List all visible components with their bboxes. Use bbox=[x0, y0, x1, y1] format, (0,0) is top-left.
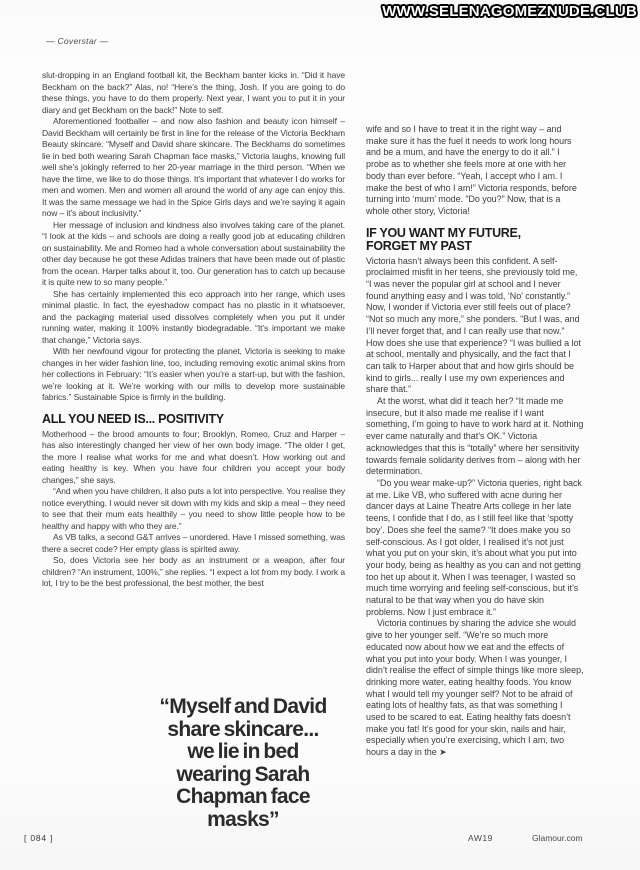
right-column: wife and so I have to treat it in the ri… bbox=[366, 124, 584, 759]
pull-quote: “Myself and David share skincare... we l… bbox=[128, 696, 358, 831]
section-heading-line: FORGET MY PAST bbox=[366, 240, 584, 253]
section-heading-positivity: ALL YOU NEED IS... POSITIVITY bbox=[42, 413, 345, 426]
body-paragraph: Her message of inclusion and kindness al… bbox=[42, 220, 345, 289]
body-paragraph: Aforementioned footballer – and now also… bbox=[42, 116, 345, 220]
body-paragraph: slut-dropping in an England football kit… bbox=[42, 70, 345, 116]
body-paragraph: She has certainly implemented this eco a… bbox=[42, 289, 345, 347]
section-heading-future: IF YOU WANT MY FUTURE, FORGET MY PAST bbox=[366, 227, 584, 253]
pull-quote-line: masks” bbox=[128, 809, 358, 832]
left-column: slut-dropping in an England football kit… bbox=[42, 70, 345, 590]
body-paragraph: At the worst, what did it teach her? “It… bbox=[366, 396, 584, 478]
pull-quote-line: wearing Sarah bbox=[128, 764, 358, 787]
body-paragraph: “Do you wear make-up?” Victoria queries,… bbox=[366, 478, 584, 618]
body-paragraph: So, does Victoria see her body as an ins… bbox=[42, 555, 345, 590]
body-paragraph: With her newfound vigour for protecting … bbox=[42, 346, 345, 404]
body-paragraph: As VB talks, a second G&T arrives – unor… bbox=[42, 532, 345, 555]
body-paragraph: Motherhood – the brood amounts to four; … bbox=[42, 429, 345, 487]
pull-quote-line: Chapman face bbox=[128, 786, 358, 809]
pull-quote-line: “Myself and David bbox=[128, 696, 358, 719]
section-heading-line: IF YOU WANT MY FUTURE, bbox=[366, 227, 584, 240]
body-paragraph: Victoria hasn’t always been this confide… bbox=[366, 256, 584, 396]
pull-quote-line: share skincare... bbox=[128, 719, 358, 742]
section-kicker: — Coverstar — bbox=[46, 36, 108, 46]
body-paragraph: Victoria continues by sharing the advice… bbox=[366, 618, 584, 758]
pull-quote-line: we lie in bed bbox=[128, 741, 358, 764]
issue-label: AW19 bbox=[468, 833, 493, 843]
page-number: [ 084 ] bbox=[24, 833, 53, 843]
body-paragraph: wife and so I have to treat it in the ri… bbox=[366, 124, 584, 218]
body-paragraph: “And when you have children, it also put… bbox=[42, 486, 345, 532]
website-label: Glamour.com bbox=[532, 833, 583, 843]
watermark-text: WWW.SELENAGOMEZNUDE.CLUB bbox=[382, 3, 637, 20]
magazine-page: WWW.SELENAGOMEZNUDE.CLUB — Coverstar — s… bbox=[0, 0, 640, 870]
